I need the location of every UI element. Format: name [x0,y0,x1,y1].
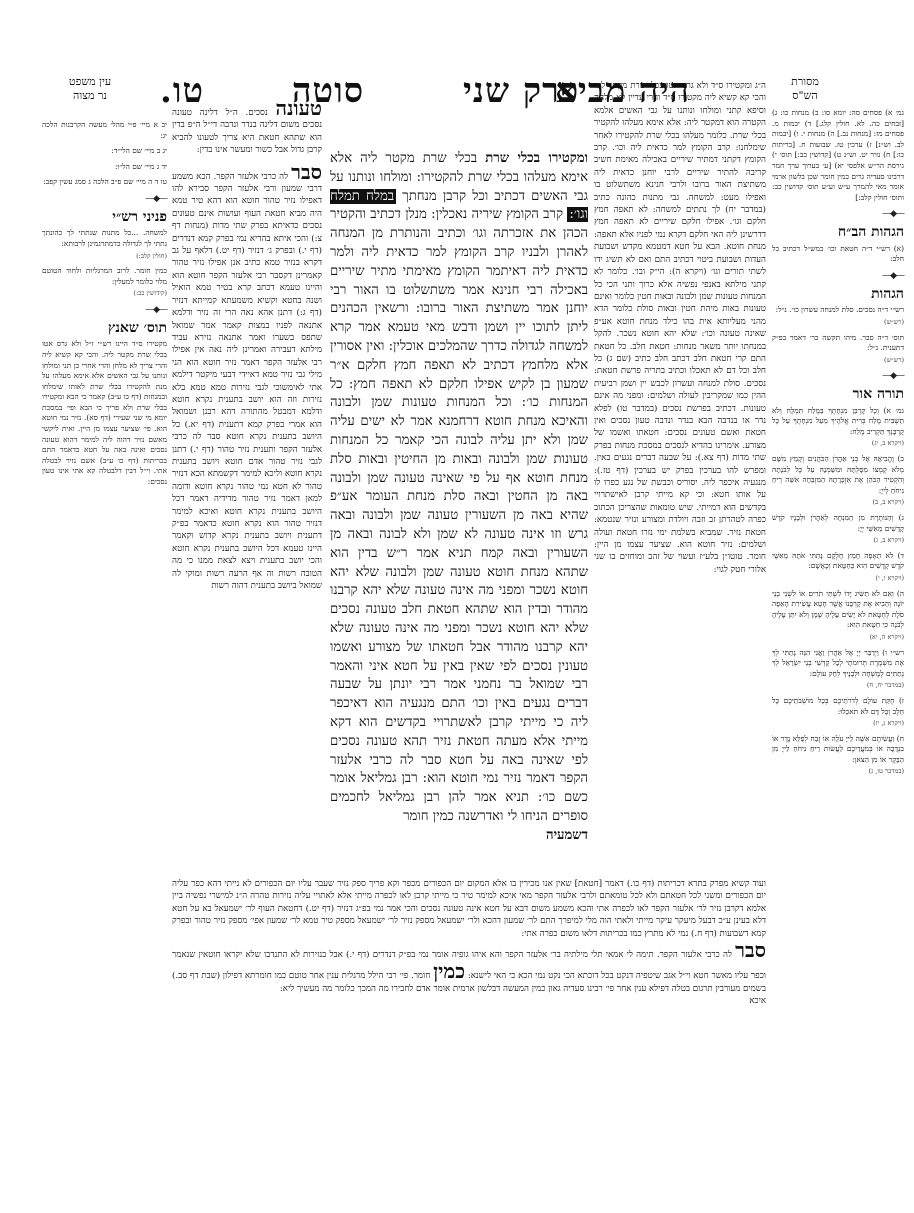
tos-shantz-text: מקטירו ס״ד היינו רש״י ז״ל ולא גרס אטו בכ… [42,339,167,487]
torah-or-entry: ד) לֹא תֵאָפֶה חָמֵץ חֶלְקָם נָתַתִּי אֹ… [772,551,904,572]
tosafot-column: טעונה נסכים. ה״ל דלינה טעונה נסכים משום … [172,98,322,597]
hagahot-entry: תוס׳ ד״ה סבר. מיהו תקשה כר׳ דאמר בפ״ק דת… [772,333,904,354]
gemara-segment: קרב הקומץ שיריה נאכלין: מנלן דכתיב והקטי… [330,207,588,824]
source-ref: (קידושין כב:) [42,288,167,299]
gemara-tail-word: דשמעיה [330,827,588,846]
ein-mishpat-entry: יד ג מיי׳ שם הל״ו: [42,162,167,173]
source-ref: (ויקרא ג, יז) [772,718,904,729]
torah-or-entry: גמ׳ א) וְכָל קָרְבַּן מִנְחָתְךָ בַּמֶּל… [772,406,904,438]
hagahot-entry: רש״י ד״ה נסכים. סלת למנחה עשרון כו׳. נ״ל… [772,305,904,316]
hagahot-title: הגהות [772,286,904,303]
ornament-divider: —◆— [772,371,904,382]
dibur-hamatchil: סבר [291,160,322,184]
torah-or-entry: ז) חֻקַּת עוֹלָם לְדֹרֹתֵיכֶם בְּכָל מוֹ… [772,696,904,717]
ein-mishpat-entry: טו ד ה מיי׳ שם פ״ב הלכה ג סמג עשין קפב: [42,177,167,188]
source-ref: (רש״ש) [772,355,904,366]
tosafot-text: לה כרבי אלעזר הקפר. הכא משמע דרבי שמעון … [172,172,322,591]
torah-or-entry: ב) וֶהֱבִיאָהּ אֶל בְּנֵי אַהֲרֹן הַכֹּה… [772,454,904,496]
tosafot-dibur: טעונה נסכים. ה״ל דלינה טעונה נסכים משום … [172,98,322,157]
ein-mishpat-section: יב א מיי׳ פ״י מהל׳ מעשה הקרבנות הלכה יג:… [42,120,167,188]
ein-mishpat-entry: יב א מיי׳ פ״י מהל׳ מעשה הקרבנות הלכה יג: [42,120,167,141]
hagahot-habach-text: (א) רש״י ד״ה חטאת וכו׳ כמש״ל דכתיב כל חל… [772,244,904,265]
dibur-hamatchil: כמין [433,959,465,983]
tosafot-dibur: סבר לה כרבי אלעזר הקפר. הכא משמע דרבי שמ… [172,162,322,593]
masoret-hashas-text: גמ׳ א) פסחים סה: יומא סו: ב) מנחות כו: ג… [772,108,904,203]
source-ref: (במדבר יח, ח) [772,680,904,691]
source-ref: (ויקרא ב, ג) [772,535,904,546]
dibur-hamatchil: טעונה [275,96,322,120]
source-ref: (רש״ש) [772,317,904,328]
ner-mitzvah-label: נר מצוה [55,89,125,103]
pninei-rashi-section: פניני רש״י למשחה. ...כל מתנות שנתתי לך כ… [42,209,167,299]
tos-shantz-section: תוס׳ שאנץ מקטירו ס״ד היינו רש״י ז״ל ולא … [42,320,167,488]
pninei-rashi-entry: למשחה. ...כל מתנות שנתתי לך כהונתך נתתי … [42,228,167,249]
source-ref: (ויקרא ב, ב) [772,497,904,508]
ein-mishpat-label: עין משפט [55,75,125,89]
tos-shantz-title: תוס׳ שאנץ [42,320,167,337]
hashas-label: הש"ס [770,89,840,103]
torah-or-entry: ח) וַעֲשִׂיתֶם אִשֶּׁה לַייָ עֹלָה אוֹ ז… [772,734,904,766]
ornament-divider: —◆— [772,209,904,220]
masoret-label: מסורת [770,75,840,89]
ornament-divider: —◆— [42,194,167,205]
tosafot-dibur: סבר לה כרבי אלעזר הקפר. תימה לי אמאי תלי… [172,940,766,995]
gemara-segment: וכל קרבן מנחתך [402,189,488,204]
ornament-divider: —◆— [42,305,167,316]
torah-or-entry: רש״י ו) וַיְדַבֵּר יְיָ אֶל אַהֲרֹן וַאֲ… [772,648,904,680]
source-ref: (במדבר טו, ג) [772,766,904,777]
ein-mishpat-header: עין משפט נר מצוה [55,75,125,103]
masoret-header: מסורת הש"ס [770,75,840,103]
ornament-divider: —◆— [772,271,904,282]
left-margin: יב א מיי׳ פ״י מהל׳ מעשה הקרבנות הלכה יג:… [42,120,167,488]
catchword: איכא [172,995,766,1007]
tosafot-text: ועוד קשיא מפרק בתרא דכריתות (דף כו.) דאמ… [172,878,766,940]
rashi-text: ה״ג ומקטירו ס״ד ולא גרס אטו בכלי שרת מקט… [594,80,766,576]
gemara-text: ומקטירו בכלי שרת בכלי שרת מקטר ליה אלא א… [330,150,588,845]
pninei-rashi-entry: כמין חומר. לרוב המרגליות ולחוד הטוטם מלו… [42,266,167,287]
tosafot-continuation: ועוד קשיא מפרק בתרא דכריתות (דף כו.) דאמ… [172,878,766,1008]
source-ref: (ויקרא ב, יג) [772,438,904,449]
hagahot-habach-title: הגהות הב״ח [772,224,904,241]
torah-or-entry: ה) וְאִם לֹא תַשִּׂיג יָדוֹ לִשְׁתֵּי תֹ… [772,589,904,631]
source-ref: (ויקרא ה, יא) [772,632,904,643]
source-ref: (ויקרא ו, י) [772,573,904,584]
torah-or-title: תורה אור [772,386,904,403]
rashi-column: ה״ג ומקטירו ס״ד ולא גרס אטו בכלי שרת מקט… [594,80,766,576]
pninei-rashi-title: פניני רש״י [42,209,167,226]
right-margin: גמ׳ א) פסחים סה: יומא סו: ב) מנחות כו: ג… [772,108,904,782]
ein-mishpat-entry: יג ב מיי׳ שם הלי״ד: [42,146,167,157]
source-ref: (חולין קלב:) [42,251,167,262]
gemara-lead: ומקטירו בכלי שרת [485,151,588,166]
dibur-hamatchil: סבר [735,938,766,962]
torah-or-entry: ג) וְהַנּוֹתֶרֶת מִן הַמִּנְחָה לְאַהֲרֹ… [772,513,904,534]
